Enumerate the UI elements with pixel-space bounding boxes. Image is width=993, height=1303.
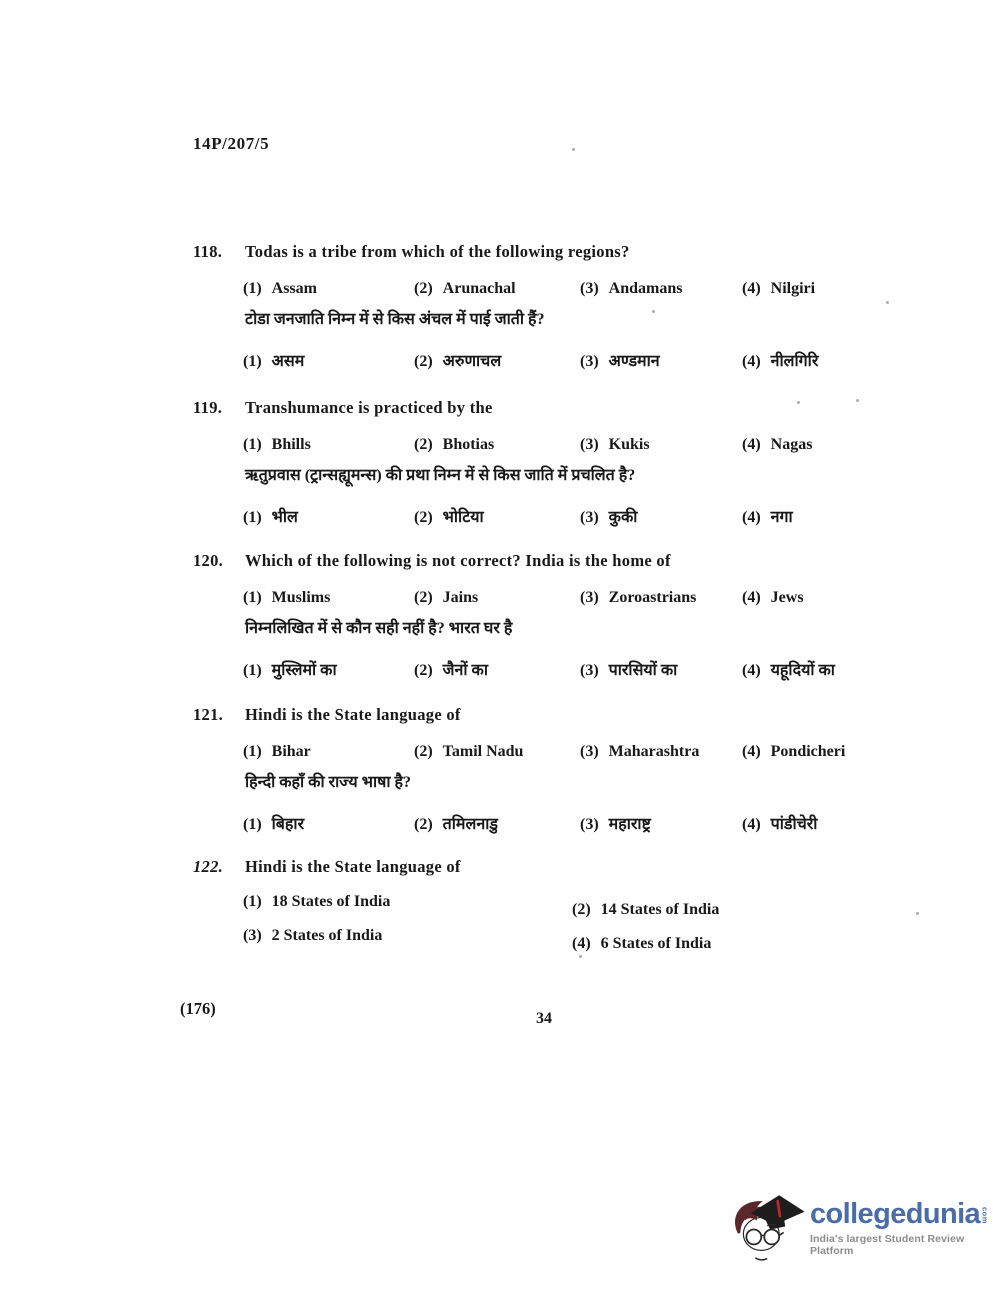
options-row-hi: (1)मुस्लिमों का (2)जैनों का (3)पारसियों … xyxy=(193,658,983,682)
option-label: (3) xyxy=(580,589,599,607)
option-label: (1) xyxy=(243,662,262,680)
question-text-en: Todas is a tribe from which of the follo… xyxy=(245,242,630,262)
option-text: Bihar xyxy=(272,743,311,760)
option-2-hi: (2)जैनों का xyxy=(414,658,488,680)
option-label: (4) xyxy=(742,509,761,527)
option-label: (2) xyxy=(414,743,433,761)
option-3-hi: (3)महाराष्ट्र xyxy=(580,812,651,834)
option-text: पारसियों का xyxy=(609,662,678,679)
question-line: 120. Which of the following is not corre… xyxy=(193,551,983,571)
question-text-hi: हिन्दी कहाँ की राज्य भाषा है? xyxy=(245,770,411,792)
option-text: मुस्लिमों का xyxy=(272,662,337,679)
option-label: (4) xyxy=(742,662,761,680)
option-label: (3) xyxy=(580,353,599,371)
option-label: (1) xyxy=(243,589,262,607)
option-2-hi: (2)तमिलनाडु xyxy=(414,812,498,834)
option-text: Pondicheri xyxy=(771,743,846,760)
options-row-hi: (1)असम (2)अरुणाचल (3)अण्डमान (4)नीलगिरि xyxy=(193,349,983,373)
brand-name: collegedunia xyxy=(810,1200,980,1229)
option-text: Bhills xyxy=(272,436,311,453)
option-4-hi: (4)नगा xyxy=(742,505,793,527)
option-label: (3) xyxy=(580,816,599,834)
options-row-hi: (1)बिहार (2)तमिलनाडु (3)महाराष्ट्र (4)पा… xyxy=(193,812,983,836)
collegedunia-logo: collegedunia com India's largest Student… xyxy=(724,1184,993,1272)
option-label: (1) xyxy=(243,743,262,761)
scan-artifact-dot xyxy=(856,399,859,402)
option-4-hi: (4)नीलगिरि xyxy=(742,349,818,371)
option-text: पांडीचेरी xyxy=(771,816,818,833)
option-4-en: (4)6 States of India xyxy=(572,935,711,953)
option-label: (3) xyxy=(580,436,599,454)
option-text: Assam xyxy=(272,280,317,297)
scan-artifact-dot xyxy=(572,148,575,151)
question-121: 121. Hindi is the State language of (1)B… xyxy=(193,705,983,725)
option-label: (1) xyxy=(243,509,262,527)
option-4-hi: (4)यहूदियों का xyxy=(742,658,835,680)
option-4-en: (4)Nilgiri xyxy=(742,280,815,298)
option-label: (1) xyxy=(243,353,262,371)
question-text-hi: निम्नलिखित में से कौन सही नहीं है? भारत … xyxy=(245,616,512,638)
option-3-en: (3)2 States of India xyxy=(243,927,382,945)
scan-artifact-dot xyxy=(579,955,582,958)
option-1-hi: (1)बिहार xyxy=(243,812,304,834)
option-text: अण्डमान xyxy=(609,353,660,370)
option-4-en: (4)Pondicheri xyxy=(742,743,845,761)
paper-code: 14P/207/5 xyxy=(193,134,269,154)
question-text-en: Hindi is the State language of xyxy=(245,705,461,725)
option-label: (3) xyxy=(243,927,262,945)
option-2-en: (2)Tamil Nadu xyxy=(414,743,523,761)
option-text: Muslims xyxy=(272,589,331,606)
page-number: 34 xyxy=(536,1010,552,1028)
option-text: यहूदियों का xyxy=(771,662,835,679)
option-text: 2 States of India xyxy=(272,927,383,944)
option-2-hi: (2)भोटिया xyxy=(414,505,484,527)
option-text: बिहार xyxy=(272,816,304,833)
option-label: (1) xyxy=(243,893,262,911)
option-text: भील xyxy=(272,509,298,526)
option-2-en: (2)Arunachal xyxy=(414,280,516,298)
option-text: असम xyxy=(272,353,305,370)
option-2-en: (2)Bhotias xyxy=(414,436,494,454)
question-text-en: Which of the following is not correct? I… xyxy=(245,551,671,571)
option-3-hi: (3)पारसियों का xyxy=(580,658,677,680)
option-text: Jews xyxy=(771,589,804,606)
option-text: Maharashtra xyxy=(609,743,700,760)
option-1-en: (1)18 States of India xyxy=(243,893,390,911)
brand-domain: com xyxy=(981,1207,989,1224)
option-label: (3) xyxy=(580,280,599,298)
scan-artifact-dot xyxy=(916,912,919,915)
question-122: 122. Hindi is the State language of (1)1… xyxy=(193,857,983,877)
question-line: 122. Hindi is the State language of xyxy=(193,857,983,877)
option-3-en: (3)Zoroastrians xyxy=(580,589,696,607)
option-text: महाराष्ट्र xyxy=(609,816,651,833)
question-number: 121. xyxy=(193,705,245,725)
option-label: (3) xyxy=(580,743,599,761)
option-label: (1) xyxy=(243,436,262,454)
option-3-en: (3)Andamans xyxy=(580,280,682,298)
option-text: 14 States of India xyxy=(601,901,720,918)
option-text: Kukis xyxy=(609,436,650,453)
option-4-hi: (4)पांडीचेरी xyxy=(742,812,817,834)
options-row-en: (1)Bhills (2)Bhotias (3)Kukis (4)Nagas xyxy=(193,436,983,460)
question-line: 121. Hindi is the State language of xyxy=(193,705,983,725)
option-text: कुकी xyxy=(609,509,638,526)
option-1-en: (1)Muslims xyxy=(243,589,330,607)
question-line: 119. Transhumance is practiced by the xyxy=(193,398,983,418)
option-text: जैनों का xyxy=(443,662,488,679)
option-label: (2) xyxy=(414,589,433,607)
option-label: (1) xyxy=(243,816,262,834)
options-row-hi: (1)भील (2)भोटिया (3)कुकी (4)नगा xyxy=(193,505,983,529)
brand-tagline: India's largest Student Review Platform xyxy=(810,1233,993,1257)
option-3-hi: (3)अण्डमान xyxy=(580,349,660,371)
option-label: (3) xyxy=(580,509,599,527)
option-1-hi: (1)मुस्लिमों का xyxy=(243,658,337,680)
option-label: (4) xyxy=(572,935,591,953)
option-1-en: (1)Bhills xyxy=(243,436,311,454)
question-text-hi: टोडा जनजाति निम्न में से किस अंचल में पा… xyxy=(245,307,545,329)
option-label: (4) xyxy=(742,280,761,298)
option-2-en: (2)Jains xyxy=(414,589,478,607)
option-text: भोटिया xyxy=(443,509,484,526)
options-row-en: (1)Assam (2)Arunachal (3)Andamans (4)Nil… xyxy=(193,280,983,304)
scanned-exam-page: 14P/207/5 118. Todas is a tribe from whi… xyxy=(0,0,993,1303)
question-text-en: Transhumance is practiced by the xyxy=(245,398,493,418)
booklet-series-code: (176) xyxy=(180,999,216,1019)
option-2-hi: (2)अरुणाचल xyxy=(414,349,501,371)
scan-artifact-dot xyxy=(797,401,800,404)
scan-artifact-dot xyxy=(652,310,655,313)
option-text: Nilgiri xyxy=(771,280,815,297)
option-label: (4) xyxy=(742,743,761,761)
question-number: 120. xyxy=(193,551,245,571)
option-text: Arunachal xyxy=(443,280,516,297)
graduate-boy-mascot-icon xyxy=(724,1184,806,1272)
option-text: Bhotias xyxy=(443,436,495,453)
question-text-hi: ऋतुप्रवास (ट्रान्सह्यूमन्स) की प्रथा निम… xyxy=(245,463,635,485)
question-number: 122. xyxy=(193,857,245,877)
option-3-hi: (3)कुकी xyxy=(580,505,637,527)
option-text: 6 States of India xyxy=(601,935,712,952)
option-label: (2) xyxy=(414,662,433,680)
option-text: तमिलनाडु xyxy=(443,816,498,833)
option-label: (2) xyxy=(414,436,433,454)
option-label: (2) xyxy=(572,901,591,919)
scan-artifact-dot xyxy=(886,301,889,304)
brand-row: collegedunia com xyxy=(810,1200,993,1229)
option-label: (3) xyxy=(580,662,599,680)
question-text-en: Hindi is the State language of xyxy=(245,857,461,877)
option-1-hi: (1)असम xyxy=(243,349,304,371)
option-text: नीलगिरि xyxy=(771,353,819,370)
option-4-en: (4)Jews xyxy=(742,589,804,607)
logo-text: collegedunia com India's largest Student… xyxy=(810,1200,993,1257)
option-label: (2) xyxy=(414,509,433,527)
option-1-en: (1)Assam xyxy=(243,280,317,298)
option-text: नगा xyxy=(771,509,793,526)
option-text: Tamil Nadu xyxy=(443,743,524,760)
option-label: (2) xyxy=(414,816,433,834)
option-text: Jains xyxy=(443,589,479,606)
option-label: (2) xyxy=(414,280,433,298)
option-label: (1) xyxy=(243,280,262,298)
option-1-en: (1)Bihar xyxy=(243,743,311,761)
question-120: 120. Which of the following is not corre… xyxy=(193,551,983,571)
question-118: 118. Todas is a tribe from which of the … xyxy=(193,242,983,262)
option-text: Nagas xyxy=(771,436,813,453)
option-3-en: (3)Kukis xyxy=(580,436,650,454)
option-1-hi: (1)भील xyxy=(243,505,298,527)
option-label: (4) xyxy=(742,589,761,607)
option-label: (4) xyxy=(742,436,761,454)
question-number: 118. xyxy=(193,242,245,262)
option-2-en: (2)14 States of India xyxy=(572,901,719,919)
question-number: 119. xyxy=(193,398,245,418)
option-text: अरुणाचल xyxy=(443,353,502,370)
question-line: 118. Todas is a tribe from which of the … xyxy=(193,242,983,262)
option-4-en: (4)Nagas xyxy=(742,436,812,454)
option-text: Zoroastrians xyxy=(609,589,697,606)
option-text: Andamans xyxy=(609,280,683,297)
option-label: (2) xyxy=(414,353,433,371)
option-label: (4) xyxy=(742,353,761,371)
option-text: 18 States of India xyxy=(272,893,391,910)
option-label: (4) xyxy=(742,816,761,834)
question-119: 119. Transhumance is practiced by the (1… xyxy=(193,398,983,418)
options-row-en: (1)Muslims (2)Jains (3)Zoroastrians (4)J… xyxy=(193,589,983,613)
option-3-en: (3)Maharashtra xyxy=(580,743,699,761)
options-row-en: (1)Bihar (2)Tamil Nadu (3)Maharashtra (4… xyxy=(193,743,983,767)
